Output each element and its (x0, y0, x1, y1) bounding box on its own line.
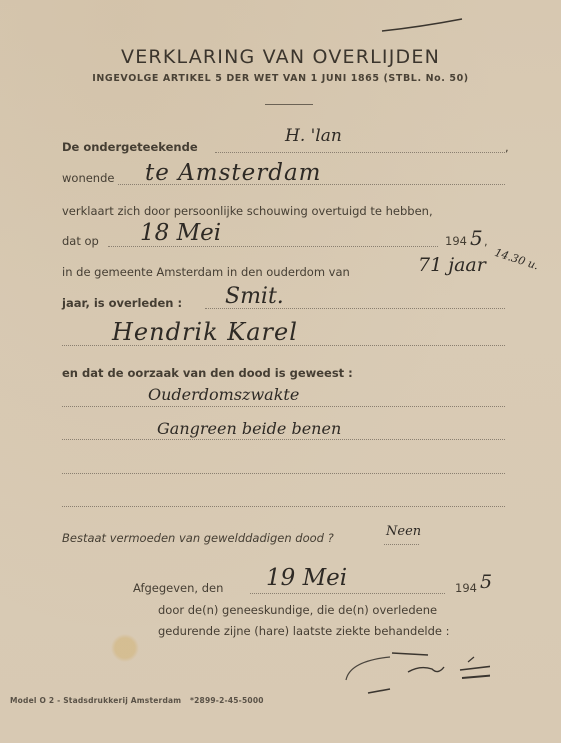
municipality-text: in de gemeente Amsterdam in den ouderdom… (62, 265, 350, 279)
surname-value[interactable]: Smit. (225, 284, 284, 309)
physician-signature[interactable] (320, 645, 490, 705)
date-year-suffix[interactable]: 5 (470, 226, 483, 250)
undersigned-line (215, 152, 505, 153)
top-pen-stroke (380, 15, 470, 35)
cause-label: en dat de oorzaak van den dood is gewees… (62, 366, 353, 380)
issued-label: Afgegeven, den (133, 581, 223, 595)
date-label: dat op (62, 234, 99, 248)
age-value[interactable]: 71 jaar (418, 254, 486, 276)
cause-line-2 (62, 439, 505, 440)
issued-year-suffix[interactable]: 5 (480, 571, 492, 593)
date-line (108, 246, 438, 247)
residing-value[interactable]: te Amsterdam (145, 160, 321, 186)
issued-date-line (250, 593, 445, 594)
print-code: *2899-2-45-5000 (190, 696, 264, 705)
date-year-prefix: 194 (445, 234, 467, 248)
issued-date-value[interactable]: 19 Mei (266, 565, 347, 591)
declaration-text: verklaart zich door persoonlijke schouwi… (62, 204, 433, 218)
cause-line-1 (62, 406, 505, 407)
cause-line-4 (62, 506, 505, 507)
deceased-label: jaar, is overleden : (62, 296, 182, 310)
given-names-value[interactable]: Hendrik Karel (112, 318, 298, 346)
date-comma: , (484, 234, 488, 248)
document-title: VERKLARING VAN OVERLIJDEN (0, 46, 561, 68)
date-value[interactable]: 18 Mei (140, 220, 221, 246)
title-divider (265, 104, 313, 105)
physician-line-1: door de(n) geneeskundige, die de(n) over… (158, 603, 437, 617)
physician-line-2: gedurende zijne (hare) laatste ziekte be… (158, 624, 450, 638)
cause-line-3 (62, 473, 505, 474)
cause-value-1[interactable]: Ouderdomszwakte (148, 385, 299, 404)
cause-value-2[interactable]: Gangreen beide benen (157, 419, 341, 438)
residing-label: wonende (62, 171, 114, 185)
undersigned-value[interactable]: H. 'lan (285, 126, 342, 146)
document-subtitle: INGEVOLGE ARTIKEL 5 DER WET VAN 1 JUNI 1… (0, 73, 561, 84)
model-text: Model O 2 - Stadsdrukkerij Amsterdam (10, 696, 181, 705)
issued-year-prefix: 194 (455, 581, 477, 595)
violence-label: Bestaat vermoeden van gewelddadigen dood… (62, 531, 334, 545)
violence-line (384, 544, 419, 545)
undersigned-label: De ondergeteekende (62, 140, 198, 154)
undersigned-comma: , (505, 140, 509, 154)
violence-value[interactable]: Neen (386, 524, 421, 539)
